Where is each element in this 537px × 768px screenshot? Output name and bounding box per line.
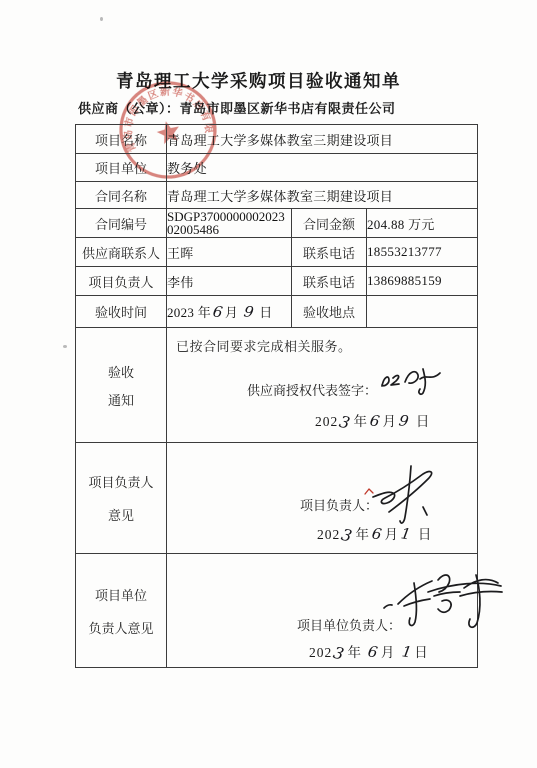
contract-amount-label: 合同金额 bbox=[292, 209, 367, 238]
acceptance-day-unit: 日 bbox=[259, 305, 272, 320]
contract-amount-value: 204.88 万元 bbox=[367, 209, 478, 238]
acceptance-notice-label: 验收 通知 bbox=[76, 328, 167, 443]
supplier-label: 供应商（公章）： bbox=[78, 101, 180, 116]
acceptance-place-label: 验收地点 bbox=[292, 296, 367, 328]
scanned-form-page: 青岛理工大学采购项目验收通知单 供应商（公章）：青岛市即墨区新华书店有限责任公司… bbox=[0, 0, 537, 768]
row-contract-name: 合同名称 青岛理工大学多媒体教室三期建设项目 bbox=[76, 182, 478, 209]
acceptance-place-value bbox=[367, 296, 478, 328]
project-name-label: 项目名称 bbox=[76, 125, 167, 154]
row-project-leader: 项目负责人 李伟 联系电话 13869885159 bbox=[76, 267, 478, 296]
project-unit-value: 教务处 bbox=[167, 154, 478, 182]
contract-no-label: 合同编号 bbox=[76, 209, 167, 238]
leader-sign-label: 项目负责人： bbox=[300, 495, 378, 514]
acceptance-month-handwritten: 6 bbox=[212, 302, 225, 321]
acceptance-time-label: 验收时间 bbox=[76, 296, 167, 328]
row-acceptance-notice: 验收 通知 已按合同要求完成相关服务。 供应商授权代表签字： 2023年6月9 … bbox=[76, 328, 478, 443]
contract-no-value: SDGP370000000202302005486 bbox=[167, 209, 292, 238]
contract-name-value: 青岛理工大学多媒体教室三期建设项目 bbox=[167, 182, 478, 209]
supplier-representative-signature bbox=[379, 366, 445, 396]
unit-opinion-label: 项目单位 负责人意见 bbox=[76, 554, 167, 668]
supplier-phone-value: 18553213777 bbox=[367, 238, 478, 267]
supplier-name: 青岛市即墨区新华书店有限责任公司 bbox=[180, 101, 396, 116]
supplier-contact-label: 供应商联系人 bbox=[76, 238, 167, 267]
contract-name-label: 合同名称 bbox=[76, 182, 167, 209]
supplier-line: 供应商（公章）：青岛市即墨区新华书店有限责任公司 bbox=[78, 98, 396, 117]
page-title: 青岛理工大学采购项目验收通知单 bbox=[0, 68, 517, 93]
project-leader-label: 项目负责人 bbox=[76, 267, 167, 296]
unit-leader-date: 2023年 6月 1日 bbox=[309, 641, 429, 661]
unit-opinion-cell: 项目单位负责人： 2023年 6月 1日 bbox=[167, 554, 478, 668]
leader-opinion-label: 项目负责人 意见 bbox=[76, 443, 167, 554]
row-acceptance-time: 验收时间 2023 年6月 9 日 验收地点 bbox=[76, 296, 478, 328]
acceptance-notice-cell: 已按合同要求完成相关服务。 供应商授权代表签字： 2023年6月9 日 bbox=[167, 328, 478, 443]
acceptance-year-printed: 2023 年 bbox=[167, 305, 211, 320]
notice-date: 2023年6月9 日 bbox=[315, 410, 430, 430]
row-unit-opinion: 项目单位 负责人意见 项目单位负责人： 2023年 6月 1日 bbox=[76, 554, 478, 668]
leader-phone-label: 联系电话 bbox=[292, 267, 367, 296]
row-project-unit: 项目单位 教务处 bbox=[76, 154, 478, 182]
acceptance-form-table: 项目名称 青岛理工大学多媒体教室三期建设项目 项目单位 教务处 合同名称 青岛理… bbox=[75, 124, 478, 668]
supplier-sign-label: 供应商授权代表签字： bbox=[247, 380, 377, 399]
project-unit-label: 项目单位 bbox=[76, 154, 167, 182]
unit-leader-sign-label: 项目单位负责人： bbox=[297, 615, 401, 634]
acceptance-month-unit: 月 bbox=[225, 305, 238, 320]
row-project-name: 项目名称 青岛理工大学多媒体教室三期建设项目 bbox=[76, 125, 478, 154]
row-contract-no: 合同编号 SDGP370000000202302005486 合同金额 204.… bbox=[76, 209, 478, 238]
row-leader-opinion: 项目负责人 意见 项目负责人： 2023年6月1 日 bbox=[76, 443, 478, 554]
scan-speck bbox=[63, 345, 67, 348]
supplier-contact-value: 王晖 bbox=[167, 238, 292, 267]
scan-speck bbox=[100, 17, 103, 21]
notice-content: 已按合同要求完成相关服务。 bbox=[176, 336, 352, 355]
leader-opinion-cell: 项目负责人： 2023年6月1 日 bbox=[167, 443, 478, 554]
row-supplier-contact: 供应商联系人 王晖 联系电话 18553213777 bbox=[76, 238, 478, 267]
project-leader-value: 李伟 bbox=[167, 267, 292, 296]
acceptance-time-value: 2023 年6月 9 日 bbox=[167, 296, 292, 328]
supplier-phone-label: 联系电话 bbox=[292, 238, 367, 267]
leader-date: 2023年6月1 日 bbox=[317, 523, 432, 543]
project-name-value: 青岛理工大学多媒体教室三期建设项目 bbox=[167, 125, 478, 154]
acceptance-day-handwritten: 9 bbox=[242, 302, 255, 321]
leader-phone-value: 13869885159 bbox=[367, 267, 478, 296]
